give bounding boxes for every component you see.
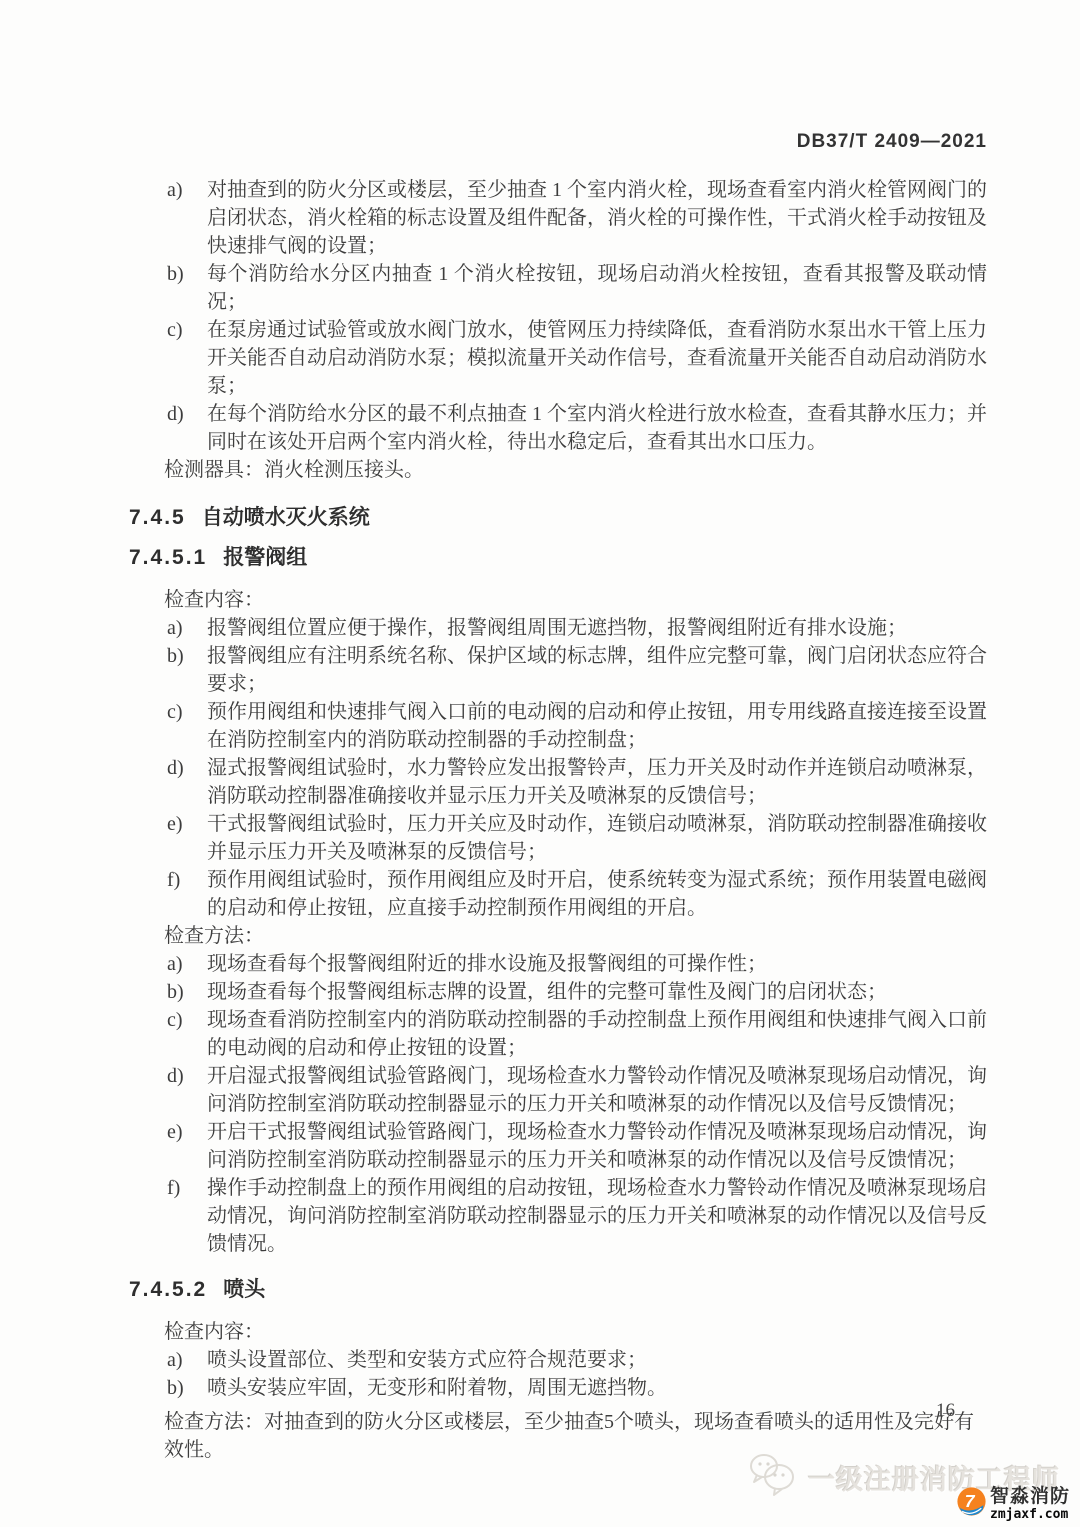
list-item-label: a) — [167, 950, 207, 978]
logo-domain: zmjaxf.com — [990, 1508, 1070, 1521]
section-heading-7-4-5-1: 7.4.5.1报警阀组 — [129, 544, 987, 572]
chat-bubbles-icon — [748, 1452, 798, 1503]
list-item-label: b) — [167, 260, 207, 316]
instrument-note: 检测器具：消火栓测压接头。 — [164, 456, 987, 484]
list-item-text: 报警阀组应有注明系统名称、保护区域的标志牌，组件应完整可靠，阀门启闭状态应符合要… — [207, 642, 987, 698]
list-item-label: a) — [167, 176, 207, 260]
list-item: b) 喷头安装应牢固，无变形和附着物，周围无遮挡物。 — [129, 1374, 987, 1402]
list-item-text: 现场查看每个报警阀组标志牌的设置，组件的完整可靠性及阀门的启闭状态； — [207, 978, 987, 1006]
list-item-label: d) — [167, 1062, 207, 1118]
doc-code-header: DB37/T 2409—2021 — [129, 130, 987, 154]
list-item: a) 对抽查到的防火分区或楼层，至少抽查 1 个室内消火栓，现场查看室内消火栓管… — [129, 176, 987, 260]
list-item-label: a) — [167, 614, 207, 642]
list-item-text: 现场查看每个报警阀组附近的排水设施及报警阀组的可操作性； — [207, 950, 987, 978]
list-item: b) 现场查看每个报警阀组标志牌的设置，组件的完整可靠性及阀门的启闭状态； — [129, 978, 987, 1006]
section-number: 7.4.5 — [129, 506, 186, 529]
list-item-text: 湿式报警阀组试验时，水力警铃应发出报警铃声，压力开关及时动作并连锁启动喷淋泵，消… — [207, 754, 987, 810]
list-item-text: 喷头设置部位、类型和安装方式应符合规范要求； — [207, 1346, 987, 1374]
list-item: a) 现场查看每个报警阀组附近的排水设施及报警阀组的可操作性； — [129, 950, 987, 978]
list-item-label: f) — [167, 1174, 207, 1258]
list-item-text: 喷头安装应牢固，无变形和附着物，周围无遮挡物。 — [207, 1374, 987, 1402]
list-item: a) 喷头设置部位、类型和安装方式应符合规范要求； — [129, 1346, 987, 1374]
sprinkler-head-content-list: a) 喷头设置部位、类型和安装方式应符合规范要求； b) 喷头安装应牢固，无变形… — [129, 1346, 987, 1402]
zhimiao-logo-icon: 7 — [957, 1487, 986, 1521]
list-item-label: d) — [167, 754, 207, 810]
list-item: f) 操作手动控制盘上的预作用阀组的启动按钮，现场检查水力警铃动作情况及喷淋泵现… — [129, 1174, 987, 1258]
list-item-label: b) — [167, 1374, 207, 1402]
logo-name: 智淼消防 — [990, 1487, 1070, 1506]
list-item-text: 在每个消防给水分区的最不利点抽查 1 个室内消火栓进行放水检查，查看其静水压力；… — [207, 400, 987, 456]
svg-text:7: 7 — [965, 1491, 976, 1511]
list-item-label: c) — [167, 698, 207, 754]
list-item-text: 每个消防给水分区内抽查 1 个消火栓按钮，现场启动消火栓按钮，查看其报警及联动情… — [207, 260, 987, 316]
alarm-valve-content-list: a) 报警阀组位置应便于操作，报警阀组周围无遮挡物，报警阀组附近有排水设施； b… — [129, 614, 987, 922]
section-heading-7-4-5-2: 7.4.5.2喷头 — [129, 1276, 987, 1304]
list-item: a) 报警阀组位置应便于操作，报警阀组周围无遮挡物，报警阀组附近有排水设施； — [129, 614, 987, 642]
page-number: 16 — [936, 1400, 955, 1422]
list-item-text: 干式报警阀组试验时，压力开关应及时动作，连锁启动喷淋泵，消防联动控制器准确接收并… — [207, 810, 987, 866]
list-item: e) 开启干式报警阀组试验管路阀门，现场检查水力警铃动作情况及喷淋泵现场启动情况… — [129, 1118, 987, 1174]
list-item: e) 干式报警阀组试验时，压力开关应及时动作，连锁启动喷淋泵，消防联动控制器准确… — [129, 810, 987, 866]
list-item-text: 预作用阀组和快速排气阀入口前的电动阀的启动和停止按钮，用专用线路直接连接至设置在… — [207, 698, 987, 754]
list-item-label: f) — [167, 866, 207, 922]
section-number: 7.4.5.2 — [129, 1278, 207, 1301]
section-number: 7.4.5.1 — [129, 546, 207, 569]
list-item-label: c) — [167, 316, 207, 400]
list-item-label: b) — [167, 642, 207, 698]
list-item: d) 开启湿式报警阀组试验管路阀门，现场检查水力警铃动作情况及喷淋泵现场启动情况… — [129, 1062, 987, 1118]
list-item-label: c) — [167, 1006, 207, 1062]
list-item-label: e) — [167, 1118, 207, 1174]
list-item-text: 在泵房通过试验管或放水阀门放水，使管网压力持续降低，查看消防水泵出水干管上压力开… — [207, 316, 987, 400]
section-heading-7-4-5: 7.4.5自动喷水灭火系统 — [129, 504, 987, 532]
list-item-text: 开启湿式报警阀组试验管路阀门，现场检查水力警铃动作情况及喷淋泵现场启动情况，询问… — [207, 1062, 987, 1118]
check-content-label: 检查内容： — [164, 1318, 987, 1346]
list-item: d) 在每个消防给水分区的最不利点抽查 1 个室内消火栓进行放水检查，查看其静水… — [129, 400, 987, 456]
check-content-label: 检查内容： — [164, 586, 987, 614]
carryover-check-method-list: a) 对抽查到的防火分区或楼层，至少抽查 1 个室内消火栓，现场查看室内消火栓管… — [129, 176, 987, 456]
list-item-text: 对抽查到的防火分区或楼层，至少抽查 1 个室内消火栓，现场查看室内消火栓管网阀门… — [207, 176, 987, 260]
list-item: b) 每个消防给水分区内抽查 1 个消火栓按钮，现场启动消火栓按钮，查看其报警及… — [129, 260, 987, 316]
list-item-label: a) — [167, 1346, 207, 1374]
section-title: 自动喷水灭火系统 — [202, 506, 370, 529]
list-item-text: 报警阀组位置应便于操作，报警阀组周围无遮挡物，报警阀组附近有排水设施； — [207, 614, 987, 642]
list-item-text: 现场查看消防控制室内的消防联动控制器的手动控制盘上预作用阀组和快速排气阀入口前的… — [207, 1006, 987, 1062]
document-page: DB37/T 2409—2021 a) 对抽查到的防火分区或楼层，至少抽查 1 … — [0, 0, 1080, 1527]
list-item-label: d) — [167, 400, 207, 456]
list-item: b) 报警阀组应有注明系统名称、保护区域的标志牌，组件应完整可靠，阀门启闭状态应… — [129, 642, 987, 698]
section-title: 喷头 — [223, 1278, 265, 1301]
alarm-valve-method-list: a) 现场查看每个报警阀组附近的排水设施及报警阀组的可操作性； b) 现场查看每… — [129, 950, 987, 1258]
list-item-text: 操作手动控制盘上的预作用阀组的启动按钮，现场检查水力警铃动作情况及喷淋泵现场启动… — [207, 1174, 987, 1258]
section-title: 报警阀组 — [223, 546, 307, 569]
list-item-text: 开启干式报警阀组试验管路阀门，现场检查水力警铃动作情况及喷淋泵现场启动情况，询问… — [207, 1118, 987, 1174]
list-item-label: b) — [167, 978, 207, 1006]
list-item: d) 湿式报警阀组试验时，水力警铃应发出报警铃声，压力开关及时动作并连锁启动喷淋… — [129, 754, 987, 810]
list-item-text: 预作用阀组试验时，预作用阀组应及时开启，使系统转变为湿式系统；预作用装置电磁阀的… — [207, 866, 987, 922]
list-item-label: e) — [167, 810, 207, 866]
list-item: c) 现场查看消防控制室内的消防联动控制器的手动控制盘上预作用阀组和快速排气阀入… — [129, 1006, 987, 1062]
list-item: f) 预作用阀组试验时，预作用阀组应及时开启，使系统转变为湿式系统；预作用装置电… — [129, 866, 987, 922]
list-item: c) 在泵房通过试验管或放水阀门放水，使管网压力持续降低，查看消防水泵出水干管上… — [129, 316, 987, 400]
check-method-label: 检查方法： — [164, 922, 987, 950]
list-item: c) 预作用阀组和快速排气阀入口前的电动阀的启动和停止按钮，用专用线路直接连接至… — [129, 698, 987, 754]
zhimiao-logo: 7 智淼消防 zmjaxf.com — [957, 1487, 1070, 1521]
page-content: DB37/T 2409—2021 a) 对抽查到的防火分区或楼层，至少抽查 1 … — [129, 0, 987, 1464]
